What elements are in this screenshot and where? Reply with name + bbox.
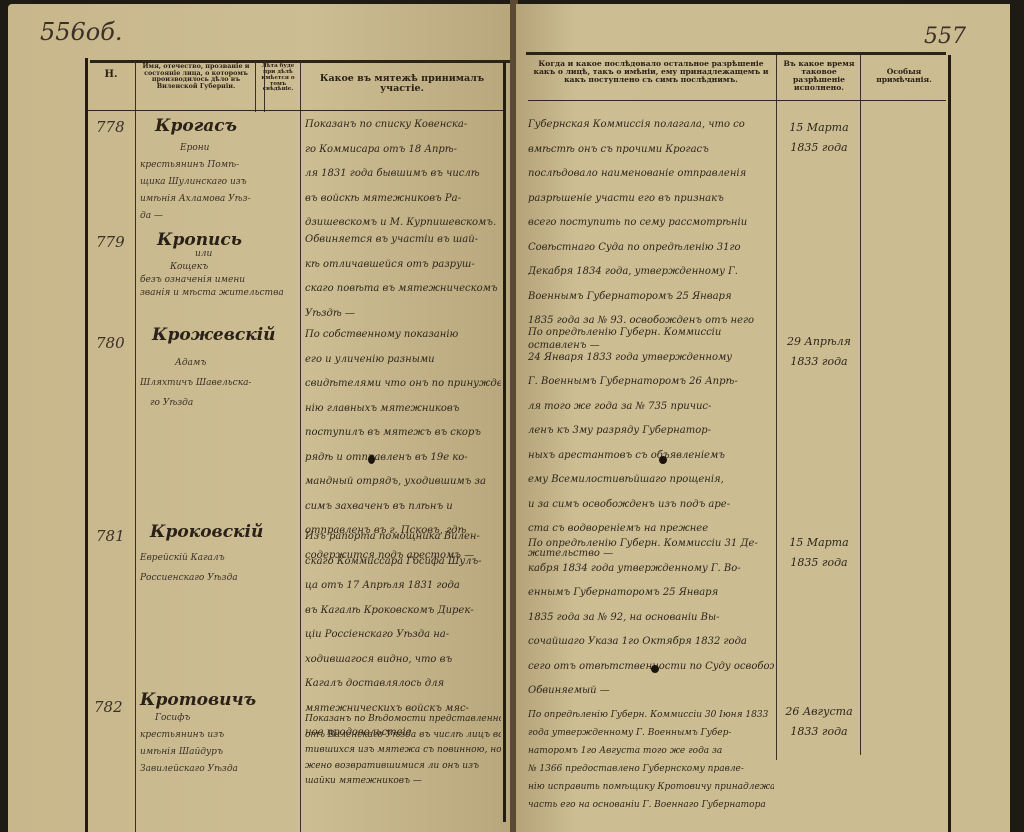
role-line: скаго Коммиссара Госифа Шулъ- [305,550,501,575]
header-executed: Въ какое время таковое разрѣшеніе исполн… [778,60,860,92]
resolution-line: еннымъ Губернаторомъ 25 Января [528,581,774,606]
entry-name-details: Адамъ Шляхтичъ Шавельска- го Уѣзда [140,353,298,413]
resolution-line: кабря 1834 года утвержденному Г. Во- [528,557,774,582]
entry-name-details: Ерони крестьянинъ Помѣ- щика Шулинскаго … [140,140,298,225]
resolution-line: ля того же года за № 735 причис- [528,395,774,420]
resolution-line: Совѣстнаго Суда по опредѣленію 31го [528,236,774,261]
ink-blot [659,456,667,464]
name-line: щика Шулинскаго изъ [140,174,298,191]
entry-surname: Крогасъ [155,116,237,136]
left-outer-border [85,58,88,832]
left-inner-border [503,62,506,822]
left-folio-number: 556об. [40,18,123,46]
resolution-line: ленъ къ 3му разряду Губернатор- [528,419,774,444]
resolution-line: Декабря 1834 года, утвержденному Г. [528,260,774,285]
role-line: кѣ отличавшейся отъ разруш- [305,253,501,278]
column-divider-resolution [776,55,777,760]
entry-name-details: Госифъ крестьянинъ изъ имѣнія Шайдуръ За… [140,710,298,778]
name-line: Адамъ [140,353,298,373]
name-line: званія и мѣста жительства [140,287,298,300]
role-line: симъ захваченъ въ плѣнъ и [305,495,501,520]
header-years: Лѣта буде при дѣлѣ имѣется о томъ свѣдѣн… [256,64,300,93]
role-line: тившихся изъ мятежа съ повинною, но не о… [305,743,501,759]
name-line: го Уѣзда [140,393,298,413]
date-line: 15 Марта [780,533,858,553]
role-line: го Коммисара отъ 18 Апрѣ- [305,138,501,163]
role-line: отъ Виленскаго Уѣзда въ числѣ лицъ возвр… [305,728,501,744]
role-line: свидѣтелями что онъ по принужде- [305,372,501,397]
ink-blot [368,455,375,464]
left-header-bottom-rule [88,110,503,111]
resolution-line: Обвиняемый — [528,679,774,704]
role-line: его и уличенію разными [305,348,501,373]
resolution-line: разрѣшеніе участи его въ признакъ [528,187,774,212]
resolution-line: По опредѣленію Губерн. Коммиссіи [528,321,774,346]
role-line: Показанъ по Вѣдомости представленной [305,712,501,728]
entry-surname: Крожевскій [152,325,276,345]
entry-surname: Кротовичъ [140,690,256,710]
header-name: Имя, отечество, прозваніе и состояніе ли… [137,63,255,90]
right-header-top-rule [526,52,946,55]
column-divider-executed [860,55,861,755]
role-line: мандный отрядъ, уходившимъ за [305,470,501,495]
name-line: Еврейскій Кагалъ [140,548,298,568]
entry-role-text: Показанъ по списку Ковенска- го Коммисар… [305,113,501,236]
role-line: рядѣ и отправленъ въ 19е ко- [305,446,501,471]
name-line: крестьянинъ Помѣ- [140,157,298,174]
role-line: ля 1831 года бывшимъ въ числѣ [305,162,501,187]
resolution-line: нію исправить помѣщику Кротовичу принадл… [528,778,774,796]
resolution-line: Г. Военнымъ Губернаторомъ 26 Апрѣ- [528,370,774,395]
resolution-line: 24 Января 1833 года утвержденному [528,346,774,371]
name-line: имѣнія Ахламова Уѣз- [140,191,298,208]
name-line: Завилейскаго Уѣзда [140,761,298,778]
resolution-line: года утвержденному Г. Военнымъ Губер- [528,724,774,742]
right-folio-number: 557 [924,24,966,49]
right-outer-border [948,55,951,832]
role-line: ца отъ 17 Апрѣля 1831 года [305,574,501,599]
date-line: 1833 года [780,352,858,372]
resolution-line: всего поступить по сему рассмотрѣніи [528,211,774,236]
role-line: ходившагося видно, что въ [305,648,501,673]
header-no: Н. [88,70,134,81]
role-line: Изъ рапорта помощника Вилен- [305,525,501,550]
entry-role-text: Показанъ по Вѣдомости представленной отъ… [305,712,501,790]
resolution-line: послѣдовало наименованіе отправленія [528,162,774,187]
name-line: Кощекъ [140,261,298,274]
role-line: Обвиняется въ участіи въ шай- [305,228,501,253]
name-line: имѣнія Шайдуръ [140,744,298,761]
role-line: въ Кагалѣ Кроковскомъ Дирек- [305,599,501,624]
header-role: Какое въ мятежѣ принималъ участіе. [302,74,502,94]
entry-number: 782 [94,698,123,716]
role-line: жено возвратившимися ли онъ изъ [305,759,501,775]
entry-executed-date: 26 Августа 1833 года [780,702,858,742]
name-line: Шляхтичъ Шавельска- [140,373,298,393]
date-line: 26 Августа [780,702,858,722]
role-line: въ войскѣ мятежниковъ Ра- [305,187,501,212]
header-notes: Особыя примѣчанія. [862,68,946,84]
name-line: безъ означенія имени [140,274,298,287]
right-header-bottom-rule [528,100,946,101]
entry-executed-date: 15 Марта 1835 года [780,533,858,573]
entry-number: 778 [96,118,125,136]
role-line: По собственному показанію [305,323,501,348]
date-line: 1835 года [780,138,858,158]
resolution-line: 1835 года за № 92, на основаніи Вы- [528,606,774,631]
resolution-line: часть его на основаніи Г. Военнаго Губер… [528,796,774,814]
ink-blot [651,665,659,673]
entry-role-text: Обвиняется въ участіи въ шай- кѣ отличав… [305,228,501,326]
resolution-line: и за симъ освобожденъ изъ подъ аре- [528,493,774,518]
entry-surname: Кроковскій [150,522,263,542]
resolution-line: вмѣстѣ онъ съ прочими Крогасъ [528,138,774,163]
header-resolution: Когда и какое послѣдовало остальное разр… [528,60,774,84]
role-line: ціи Россіенскаго Уѣзда на- [305,623,501,648]
entry-executed-date: 29 Апрѣля 1833 года [780,332,858,372]
resolution-line: ныхъ арестантовъ съ объявленіемъ [528,444,774,469]
role-line: нію главныхъ мятежниковъ [305,397,501,422]
role-line: шайки мятежниковъ — [305,774,501,790]
resolution-line: ему Всемилостивѣйшаго прощенія, [528,468,774,493]
entry-surname: Кропись [157,230,242,250]
name-line: Россиенскаго Уѣзда [140,568,298,588]
entry-number: 779 [96,233,125,251]
role-line: скаго повѣта въ мятежническомъ [305,277,501,302]
resolution-line: По опредѣленію Губерн. Коммиссіи 31 Де- [528,532,774,557]
column-divider-no [135,62,136,832]
entry-resolution-text: По опредѣленію Губерн. Коммиссіи 24 Янва… [528,321,774,566]
entry-executed-date: 15 Марта 1835 года [780,118,858,158]
entry-resolution-text: По опредѣленію Губерн. Коммиссіи 31 Де- … [528,532,774,704]
date-line: 15 Марта [780,118,858,138]
date-line: 1835 года [780,553,858,573]
date-line: 1833 года [780,722,858,742]
entry-name-details: Еврейскій Кагалъ Россиенскаго Уѣзда [140,548,298,588]
resolution-line: По опредѣленію Губерн. Коммиссіи 30 Іюня… [528,706,774,724]
name-line: или [140,248,298,261]
column-divider-role [300,62,301,832]
role-line: поступилъ въ мятежъ въ скоръ [305,421,501,446]
entry-name-details: или Кощекъ безъ означенія имени званія и… [140,248,298,300]
name-line: крестьянинъ изъ [140,727,298,744]
name-line: Ерони [140,140,298,157]
entry-number: 780 [96,334,125,352]
entry-number: 781 [96,527,125,545]
date-line: 29 Апрѣля [780,332,858,352]
resolution-line: сочайшаго Указа 1го Октября 1832 года [528,630,774,655]
resolution-line: Губернская Коммиссія полагала, что со [528,113,774,138]
role-line: Показанъ по списку Ковенска- [305,113,501,138]
name-line: Госифъ [140,710,298,727]
name-line: да — [140,208,298,225]
resolution-line: наторомъ 1го Августа того же года за [528,742,774,760]
resolution-line: Военнымъ Губернаторомъ 25 Января [528,285,774,310]
entry-resolution-text: По опредѣленію Губерн. Коммиссіи 30 Іюня… [528,706,774,814]
role-line: Кагалъ доставлялось для [305,672,501,697]
resolution-line: № 1366 предоставлено Губернскому правле- [528,760,774,778]
